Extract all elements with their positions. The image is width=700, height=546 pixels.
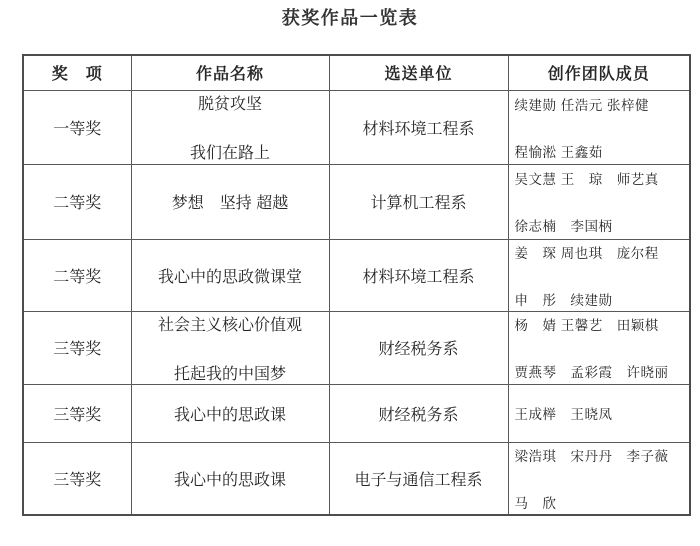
table-row: 二等奖 梦想 坚持 超越 计算机工程系 吴文慧 王 琼 师艺真 徐志楠 李国柄 <box>23 164 690 239</box>
work-line: 我心中的思政课 <box>132 402 329 425</box>
team-line: 姜 琛 周也琪 庞尔程 <box>515 242 690 262</box>
unit-cell: 材料环境工程系 <box>329 239 508 311</box>
team-line: 马 欣 <box>515 492 690 512</box>
unit-cell: 电子与通信工程系 <box>329 442 508 515</box>
header-cell-award: 奖 项 <box>23 55 131 90</box>
awards-table: 奖 项 作品名称 选送单位 创作团队成员 一等奖 脱贫攻坚 我们在路上 材料环境… <box>22 54 691 516</box>
team-cell: 续建勋 任浩元 张梓健 程愉淞 王鑫茹 <box>508 90 690 164</box>
work-cell: 我心中的思政课 <box>131 442 329 515</box>
work-line: 托起我的中国梦 <box>132 361 329 384</box>
header-cell-work: 作品名称 <box>131 55 329 90</box>
work-cell: 脱贫攻坚 我们在路上 <box>131 90 329 164</box>
work-cell: 社会主义核心价值观 托起我的中国梦 <box>131 311 329 384</box>
table-row: 三等奖 我心中的思政课 电子与通信工程系 梁浩琪 宋丹丹 李子薇 马 欣 <box>23 442 690 515</box>
document-page: 获奖作品一览表 奖 项 作品名称 选送单位 创作团队成员 一等奖 脱贫攻坚 我们… <box>0 0 700 546</box>
work-line: 我心中的思政课 <box>132 467 329 490</box>
header-cell-unit: 选送单位 <box>329 55 508 90</box>
page-title: 获奖作品一览表 <box>0 8 700 28</box>
team-cell: 杨 婧 王馨艺 田颖棋 贾燕琴 孟彩霞 许晓丽 <box>508 311 690 384</box>
team-cell: 吴文慧 王 琼 师艺真 徐志楠 李国柄 <box>508 164 690 239</box>
team-line: 申 彤 续建勋 <box>515 289 690 309</box>
work-cell: 我心中的思政课 <box>131 384 329 442</box>
header-cell-team: 创作团队成员 <box>508 55 690 90</box>
unit-cell: 财经税务系 <box>329 384 508 442</box>
award-cell: 一等奖 <box>23 90 131 164</box>
header-row: 奖 项 作品名称 选送单位 创作团队成员 <box>23 55 690 90</box>
team-line: 杨 婧 王馨艺 田颖棋 <box>515 314 690 334</box>
team-line: 贾燕琴 孟彩霞 许晓丽 <box>515 361 690 381</box>
unit-cell: 计算机工程系 <box>329 164 508 239</box>
table-row: 三等奖 社会主义核心价值观 托起我的中国梦 财经税务系 杨 婧 王馨艺 田颖棋 … <box>23 311 690 384</box>
team-line: 续建勋 任浩元 张梓健 <box>515 94 690 114</box>
team-line: 徐志楠 李国柄 <box>515 215 690 235</box>
team-cell: 姜 琛 周也琪 庞尔程 申 彤 续建勋 <box>508 239 690 311</box>
team-line: 梁浩琪 宋丹丹 李子薇 <box>515 445 690 465</box>
team-line: 王成榉 王晓凤 <box>515 403 690 423</box>
work-line: 梦想 坚持 超越 <box>132 190 329 213</box>
team-cell: 梁浩琪 宋丹丹 李子薇 马 欣 <box>508 442 690 515</box>
work-cell: 梦想 坚持 超越 <box>131 164 329 239</box>
work-line: 我心中的思政微课堂 <box>132 264 329 287</box>
unit-cell: 财经税务系 <box>329 311 508 384</box>
table-row: 一等奖 脱贫攻坚 我们在路上 材料环境工程系 续建勋 任浩元 张梓健 程愉淞 王… <box>23 90 690 164</box>
work-line: 脱贫攻坚 <box>132 91 329 114</box>
table-row: 二等奖 我心中的思政微课堂 材料环境工程系 姜 琛 周也琪 庞尔程 申 彤 续建… <box>23 239 690 311</box>
work-line: 我们在路上 <box>132 140 329 163</box>
unit-cell: 材料环境工程系 <box>329 90 508 164</box>
award-cell: 三等奖 <box>23 384 131 442</box>
team-line: 程愉淞 王鑫茹 <box>515 141 690 161</box>
team-line: 吴文慧 王 琼 师艺真 <box>515 168 690 188</box>
award-cell: 二等奖 <box>23 239 131 311</box>
table-row: 三等奖 我心中的思政课 财经税务系 王成榉 王晓凤 <box>23 384 690 442</box>
work-cell: 我心中的思政微课堂 <box>131 239 329 311</box>
work-line: 社会主义核心价值观 <box>132 312 329 335</box>
award-cell: 三等奖 <box>23 311 131 384</box>
award-cell: 二等奖 <box>23 164 131 239</box>
award-cell: 三等奖 <box>23 442 131 515</box>
team-cell: 王成榉 王晓凤 <box>508 384 690 442</box>
